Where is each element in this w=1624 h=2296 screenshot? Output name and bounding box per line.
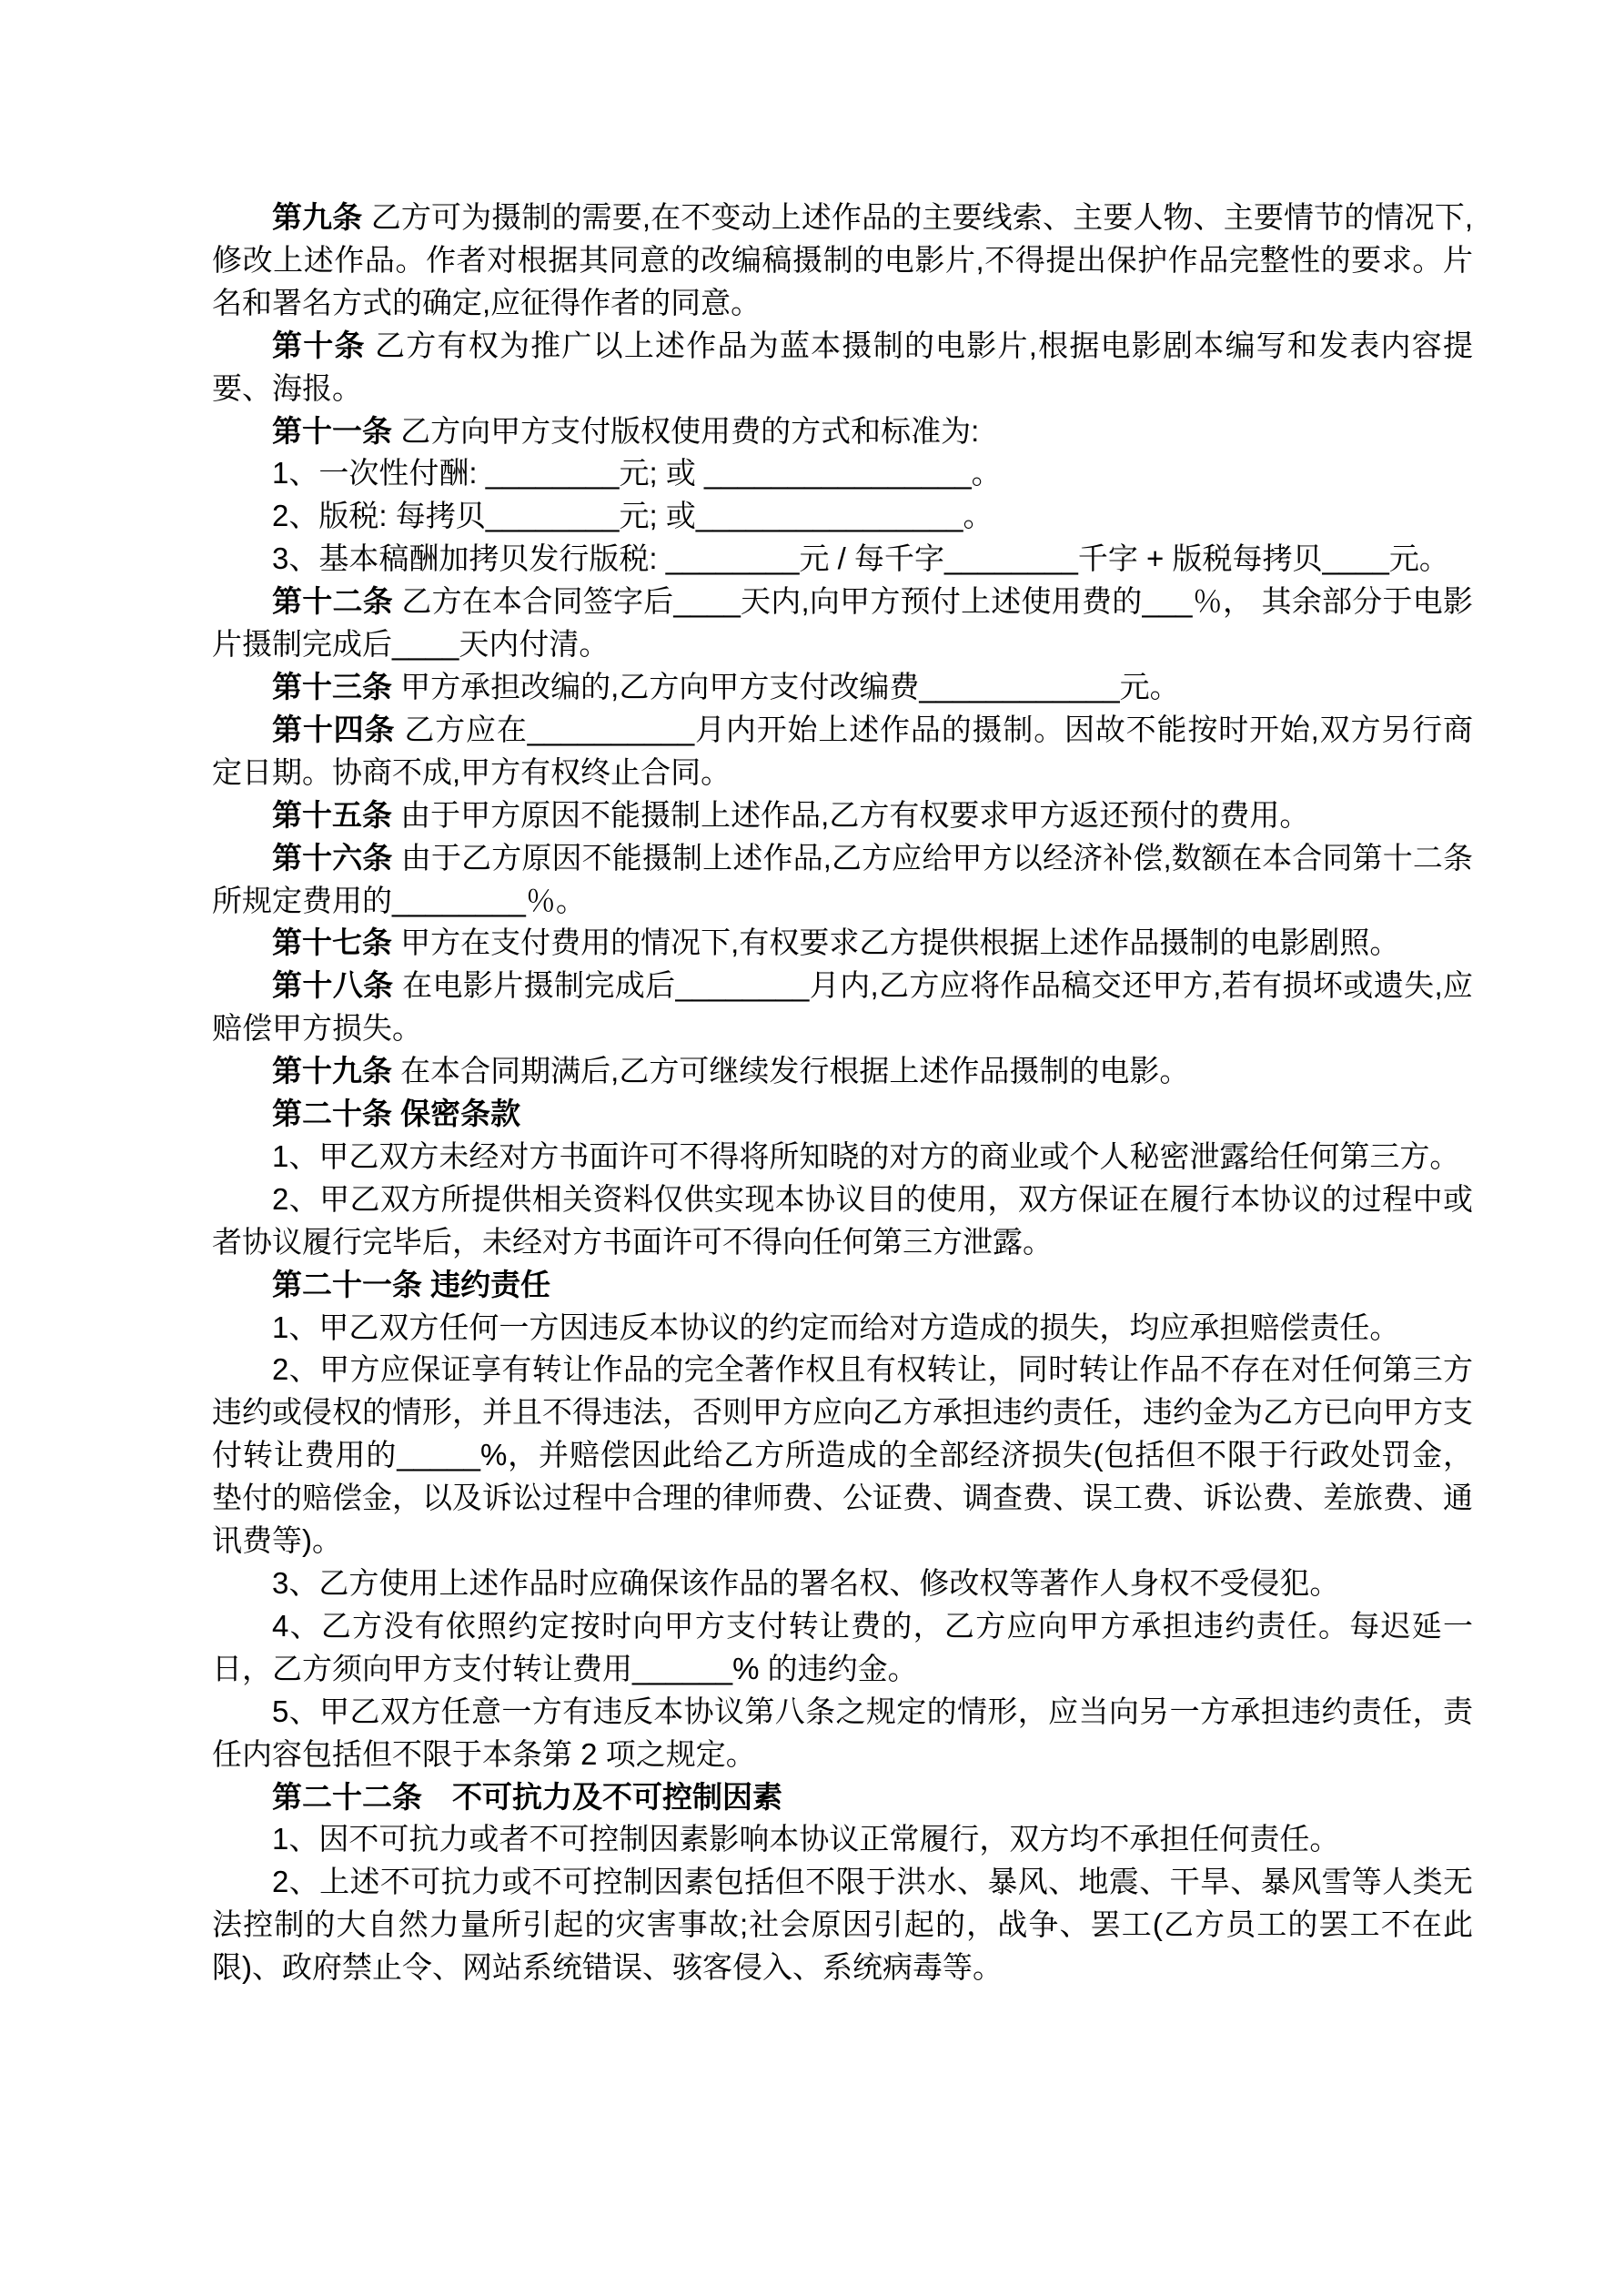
clause-text: 2、甲乙双方所提供相关资料仅供实现本协议目的使用，双方保证在履行本协议的过程中或…	[212, 1182, 1473, 1259]
clause-text: 乙方有权为推广以上述作品为蓝本摄制的电影片,根据电影剧本编写和发表内容提要、海报…	[212, 329, 1473, 405]
clause-number: 第二十条 保密条款	[272, 1097, 520, 1130]
contract-clause: 第十六条 由于乙方原因不能摄制上述作品,乙方应给甲方以经济补偿,数额在本合同第十…	[212, 837, 1473, 923]
contract-clause: 1、一次性付酬: ________元; 或 ________________。	[212, 452, 1473, 495]
contract-clause: 1、甲乙双方任何一方因违反本协议的约定而给对方造成的损失，均应承担赔偿责任。	[212, 1307, 1473, 1350]
clause-text: 2、甲方应保证享有转让作品的完全著作权且有权转让，同时转让作品不存在对任何第三方…	[212, 1352, 1473, 1557]
clause-text: 4、乙方没有依照约定按时向甲方支付转让费的，乙方应向甲方承担违约责任。每迟延一日…	[212, 1609, 1473, 1685]
contract-clause: 2、版税: 每拷贝________元; 或________________。	[212, 495, 1473, 538]
clause-text: 由于甲方原因不能摄制上述作品,乙方有权要求甲方返还预付的费用。	[392, 798, 1309, 832]
clause-number: 第九条	[272, 200, 362, 234]
clause-text: 3、基本稿酬加拷贝发行版税: ________元 / 每千字________千字…	[272, 541, 1449, 575]
clause-number: 第十七条	[272, 925, 392, 959]
clause-text: 1、一次性付酬: ________元; 或 ________________。	[272, 456, 1002, 490]
clause-number: 第二十一条 违约责任	[272, 1268, 550, 1301]
clause-text: 甲方承担改编的,乙方向甲方支付改编费____________元。	[392, 670, 1180, 703]
clause-text: 乙方可为摄制的需要,在不变动上述作品的主要线索、主要人物、主要情节的情况下,修改…	[212, 200, 1473, 319]
contract-clause: 第二十一条 违约责任	[212, 1264, 1473, 1307]
clause-text: 1、因不可抗力或者不可控制因素影响本协议正常履行，双方均不承担任何责任。	[272, 1822, 1339, 1856]
clause-text: 1、甲乙双方任何一方因违反本协议的约定而给对方造成的损失，均应承担赔偿责任。	[272, 1310, 1399, 1344]
contract-clause: 第九条 乙方可为摄制的需要,在不变动上述作品的主要线索、主要人物、主要情节的情况…	[212, 197, 1473, 325]
contract-clause: 第十四条 乙方应在__________月内开始上述作品的摄制。因故不能按时开始,…	[212, 709, 1473, 794]
clause-text: 2、版税: 每拷贝________元; 或________________。	[272, 499, 994, 532]
contract-clause: 3、基本稿酬加拷贝发行版税: ________元 / 每千字________千字…	[212, 538, 1473, 581]
contract-clause: 5、甲乙双方任意一方有违反本协议第八条之规定的情形，应当向另一方承担违约责任，责…	[212, 1691, 1473, 1776]
clause-text: 在电影片摄制完成后________月内,乙方应将作品稿交还甲方,若有损坏或遗失,…	[212, 968, 1473, 1045]
contract-clause: 第十七条 甲方在支付费用的情况下,有权要求乙方提供根据上述作品摄制的电影剧照。	[212, 922, 1473, 965]
contract-clause: 第二十二条 不可抗力及不可控制因素	[212, 1776, 1473, 1819]
contract-clause: 3、乙方使用上述作品时应确保该作品的署名权、修改权等著作人身权不受侵犯。	[212, 1563, 1473, 1605]
clause-text: 甲方在支付费用的情况下,有权要求乙方提供根据上述作品摄制的电影剧照。	[392, 925, 1399, 959]
clause-text: 乙方向甲方支付版权使用费的方式和标准为:	[392, 414, 979, 448]
contract-clause: 1、因不可抗力或者不可控制因素影响本协议正常履行，双方均不承担任何责任。	[212, 1818, 1473, 1861]
contract-clause: 第十二条 乙方在本合同签字后____天内,向甲方预付上述使用费的___％， 其余…	[212, 581, 1473, 666]
clause-text: 乙方应在__________月内开始上述作品的摄制。因故不能按时开始,双方另行商…	[212, 713, 1473, 789]
clause-number: 第十条	[272, 329, 366, 362]
clause-text: 5、甲乙双方任意一方有违反本协议第八条之规定的情形，应当向另一方承担违约责任，责…	[212, 1694, 1473, 1771]
clause-number: 第十二条	[272, 584, 393, 618]
contract-clause: 2、上述不可抗力或不可控制因素包括但不限于洪水、暴风、地震、干旱、暴风雪等人类无…	[212, 1861, 1473, 1989]
clause-number: 第二十二条 不可抗力及不可控制因素	[272, 1780, 782, 1814]
contract-clause: 1、甲乙双方未经对方书面许可不得将所知晓的对方的商业或个人秘密泄露给任何第三方。	[212, 1136, 1473, 1178]
clause-text: 3、乙方使用上述作品时应确保该作品的署名权、修改权等著作人身权不受侵犯。	[272, 1566, 1339, 1600]
contract-clause: 第二十条 保密条款	[212, 1093, 1473, 1136]
document-page: 第九条 乙方可为摄制的需要,在不变动上述作品的主要线索、主要人物、主要情节的情况…	[0, 0, 1624, 2296]
clause-number: 第十一条	[272, 414, 392, 448]
contract-clause: 2、甲方应保证享有转让作品的完全著作权且有权转让，同时转让作品不存在对任何第三方…	[212, 1349, 1473, 1563]
clause-text: 1、甲乙双方未经对方书面许可不得将所知晓的对方的商业或个人秘密泄露给任何第三方。	[272, 1139, 1459, 1173]
clause-number: 第十五条	[272, 798, 392, 832]
contract-clause: 第十九条 在本合同期满后,乙方可继续发行根据上述作品摄制的电影。	[212, 1050, 1473, 1093]
clause-text: 2、上述不可抗力或不可控制因素包括但不限于洪水、暴风、地震、干旱、暴风雪等人类无…	[212, 1865, 1473, 1984]
contract-clause: 第十一条 乙方向甲方支付版权使用费的方式和标准为:	[212, 410, 1473, 453]
clause-number: 第十四条	[272, 713, 395, 746]
clause-number: 第十九条	[272, 1054, 392, 1087]
contract-clause: 第十三条 甲方承担改编的,乙方向甲方支付改编费____________元。	[212, 666, 1473, 709]
clause-text: 在本合同期满后,乙方可继续发行根据上述作品摄制的电影。	[392, 1054, 1189, 1087]
clause-number: 第十六条	[272, 841, 393, 875]
clause-text: 由于乙方原因不能摄制上述作品,乙方应给甲方以经济补偿,数额在本合同第十二条所规定…	[212, 841, 1473, 917]
contract-clause: 2、甲乙双方所提供相关资料仅供实现本协议目的使用，双方保证在履行本协议的过程中或…	[212, 1178, 1473, 1264]
contract-clause: 第十八条 在电影片摄制完成后________月内,乙方应将作品稿交还甲方,若有损…	[212, 965, 1473, 1050]
clause-text: 乙方在本合同签字后____天内,向甲方预付上述使用费的___％， 其余部分于电影…	[212, 584, 1473, 661]
contract-clause: 4、乙方没有依照约定按时向甲方支付转让费的，乙方应向甲方承担违约责任。每迟延一日…	[212, 1605, 1473, 1691]
document-body: 第九条 乙方可为摄制的需要,在不变动上述作品的主要线索、主要人物、主要情节的情况…	[212, 197, 1473, 1989]
clause-number: 第十三条	[272, 670, 392, 703]
contract-clause: 第十条 乙方有权为推广以上述作品为蓝本摄制的电影片,根据电影剧本编写和发表内容提…	[212, 325, 1473, 410]
contract-clause: 第十五条 由于甲方原因不能摄制上述作品,乙方有权要求甲方返还预付的费用。	[212, 794, 1473, 837]
clause-number: 第十八条	[272, 968, 394, 1002]
